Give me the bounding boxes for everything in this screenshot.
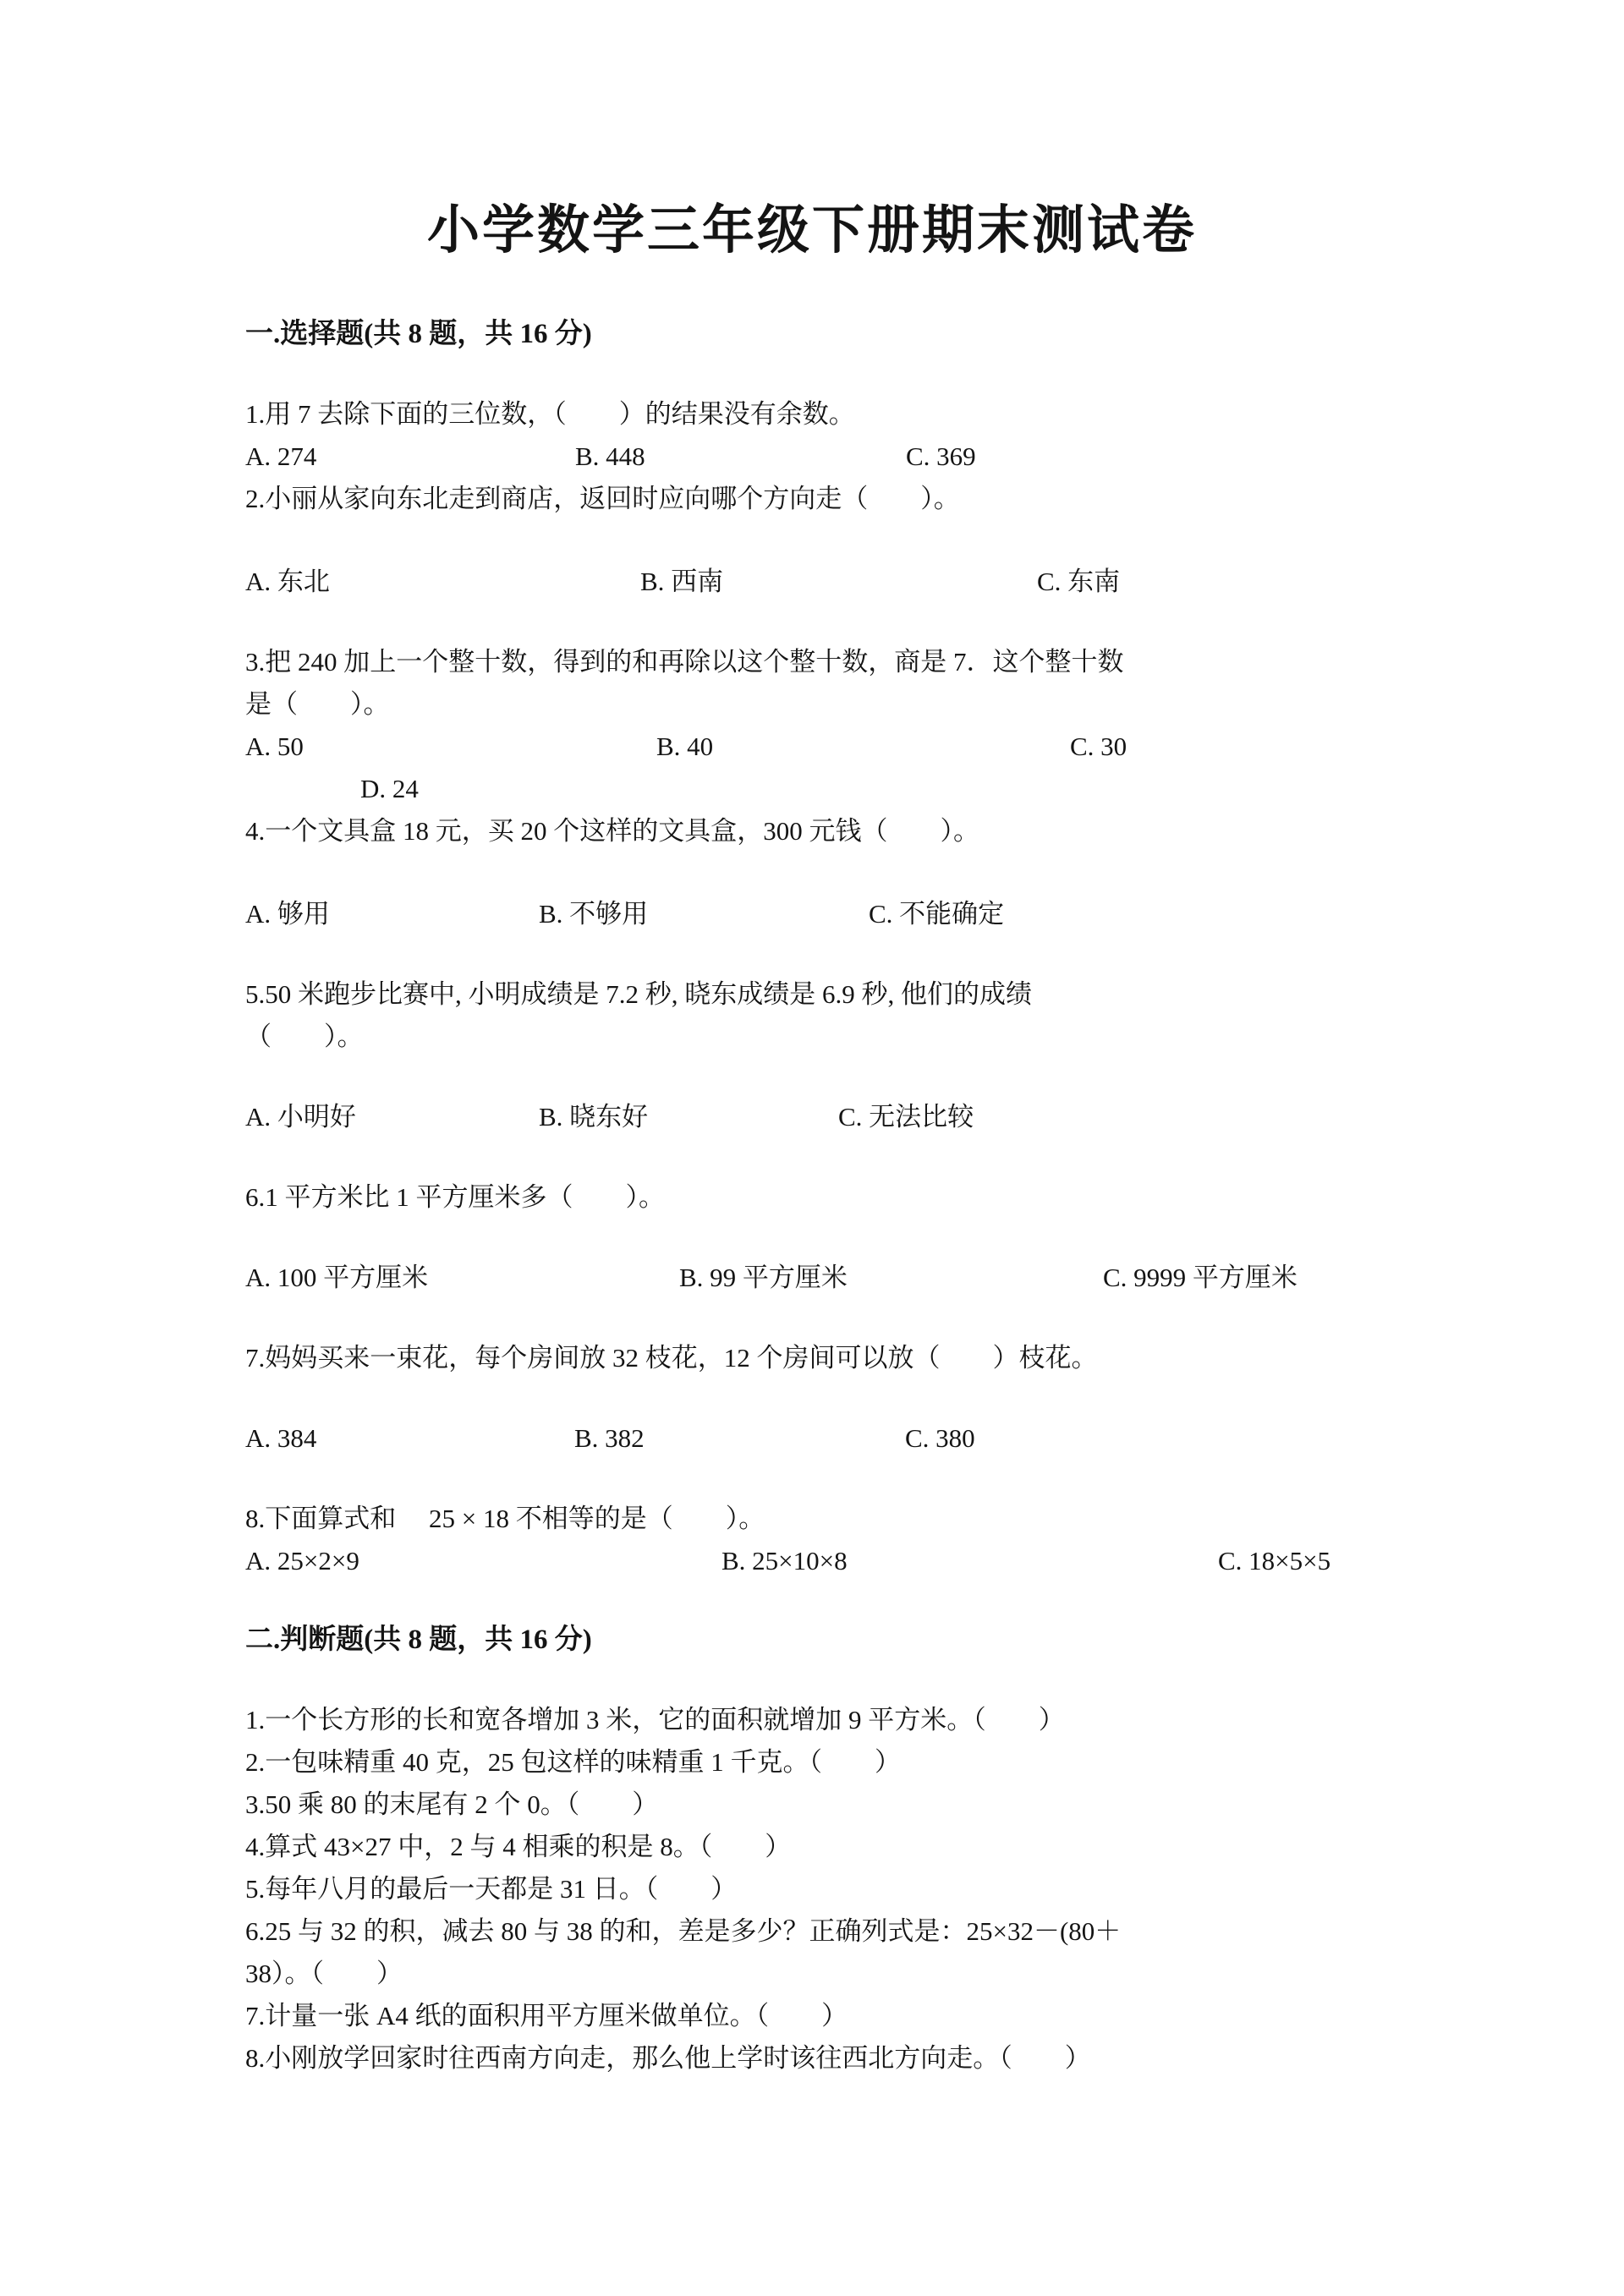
judgment-question-7: 7.计量一张 A4 纸的面积用平方厘米做单位。（ ）	[245, 1995, 1429, 2037]
option-c: C. 东南	[1037, 561, 1120, 603]
judgment-question-1: 1.一个长方形的长和宽各增加 3 米，它的面积就增加 9 平方米。（ ）	[245, 1699, 1429, 1741]
option-c: C. 不能确定	[869, 893, 1004, 935]
choice-question-1: 1.用 7 去除下面的三位数，（ ）的结果没有余数。 A. 274 B. 448…	[245, 393, 1429, 478]
choice-question-2: 2.小丽从家向东北走到商店，返回时应向哪个方向走（ ）。 A. 东北 B. 西南…	[245, 478, 1429, 603]
choice-question-8: 8.下面算式和 25 × 18 不相等的是（ ）。 A. 25×2×9 B. 2…	[245, 1498, 1429, 1582]
judgment-question-5: 5.每年八月的最后一天都是 31 日。（ ）	[245, 1868, 1429, 1910]
option-c: C. 无法比较	[838, 1096, 974, 1138]
options-row: A. 274 B. 448 C. 369	[245, 436, 1429, 478]
option-a: A. 100 平方厘米	[245, 1257, 428, 1299]
judgment-question-3: 3.50 乘 80 的末尾有 2 个 0。（ ）	[245, 1784, 1429, 1826]
option-b: B. 晓东好	[539, 1096, 648, 1138]
choice-question-6: 6.1 平方米比 1 平方厘米多（ ）。 A. 100 平方厘米 B. 99 平…	[245, 1176, 1429, 1299]
page-title: 小学数学三年级下册期末测试卷	[0, 0, 1624, 264]
section-judgment-heading: 二.判断题(共 8 题，共 16 分)	[245, 1619, 1429, 1661]
option-b: B. 西南	[640, 561, 723, 603]
option-b: B. 382	[574, 1417, 645, 1460]
judgment-question-8: 8.小刚放学回家时往西南方向走，那么他上学时该往西北方向走。（ ）	[245, 2037, 1429, 2080]
options-row: A. 25×2×9 B. 25×10×8 C. 18×5×5	[245, 1540, 1429, 1582]
option-a: A. 东北	[245, 561, 330, 603]
option-a: A. 274	[245, 436, 316, 478]
question-text: 7.妈妈买来一束花，每个房间放 32 枝花，12 个房间可以放（ ）枝花。	[245, 1337, 1429, 1379]
question-text: 6.1 平方米比 1 平方厘米多（ ）。	[245, 1176, 1429, 1219]
option-b: B. 40	[656, 726, 713, 768]
choice-question-5: 5.50 米跑步比赛中, 小明成绩是 7.2 秒, 晓东成绩是 6.9 秒, 他…	[245, 973, 1429, 1138]
option-a: A. 25×2×9	[245, 1540, 359, 1582]
judgment-questions: 1.一个长方形的长和宽各增加 3 米，它的面积就增加 9 平方米。（ ） 2.一…	[245, 1699, 1429, 2080]
option-a: A. 384	[245, 1417, 316, 1460]
options-row: A. 够用 B. 不够用 C. 不能确定	[245, 893, 1429, 935]
question-text-line-1: 3.把 240 加上一个整十数，得到的和再除以这个整十数，商是 7．这个整十数	[245, 641, 1429, 683]
option-c: C. 18×5×5	[1218, 1540, 1330, 1582]
choice-question-4: 4.一个文具盒 18 元，买 20 个这样的文具盒，300 元钱（ ）。 A. …	[245, 810, 1429, 935]
question-text-line-2: 是（ ）。	[245, 683, 1429, 726]
question-text: 2.小丽从家向东北走到商店，返回时应向哪个方向走（ ）。	[245, 478, 1429, 520]
option-b: B. 不够用	[539, 893, 648, 935]
judgment-question-6-line-2: 38）。（ ）	[245, 1953, 1429, 1995]
choice-question-7: 7.妈妈买来一束花，每个房间放 32 枝花，12 个房间可以放（ ）枝花。 A.…	[245, 1337, 1429, 1460]
question-text: 1.用 7 去除下面的三位数，（ ）的结果没有余数。	[245, 393, 1429, 436]
option-c: C. 380	[905, 1417, 975, 1460]
choice-question-3: 3.把 240 加上一个整十数，得到的和再除以这个整十数，商是 7．这个整十数 …	[245, 641, 1429, 810]
options-row-2: D. 24	[245, 768, 1429, 810]
option-b: B. 25×10×8	[721, 1540, 848, 1582]
option-a: A. 小明好	[245, 1096, 356, 1138]
options-row: A. 东北 B. 西南 C. 东南	[245, 561, 1429, 603]
options-row: A. 384 B. 382 C. 380	[245, 1417, 1429, 1460]
judgment-question-2: 2.一包味精重 40 克，25 包这样的味精重 1 千克。（ ）	[245, 1741, 1429, 1784]
question-text-line-2: （ ）。	[245, 1016, 1429, 1058]
option-c: C. 30	[1070, 726, 1127, 768]
document-body: 一.选择题(共 8 题，共 16 分) 1.用 7 去除下面的三位数，（ ）的结…	[245, 313, 1429, 2080]
section-choice-heading: 一.选择题(共 8 题，共 16 分)	[245, 313, 1429, 355]
question-text: 4.一个文具盒 18 元，买 20 个这样的文具盒，300 元钱（ ）。	[245, 810, 1429, 852]
option-a: A. 够用	[245, 893, 330, 935]
options-row: A. 小明好 B. 晓东好 C. 无法比较	[245, 1096, 1429, 1138]
question-text-line-1: 5.50 米跑步比赛中, 小明成绩是 7.2 秒, 晓东成绩是 6.9 秒, 他…	[245, 973, 1429, 1016]
option-d: D. 24	[360, 768, 419, 810]
judgment-question-6-line-1: 6.25 与 32 的积，减去 80 与 38 的和，差是多少？正确列式是：25…	[245, 1910, 1429, 1953]
options-row: A. 50 B. 40 C. 30	[245, 726, 1429, 768]
option-b: B. 448	[575, 436, 645, 478]
option-b: B. 99 平方厘米	[679, 1257, 848, 1299]
options-row: A. 100 平方厘米 B. 99 平方厘米 C. 9999 平方厘米	[245, 1257, 1429, 1299]
option-c: C. 9999 平方厘米	[1103, 1257, 1298, 1299]
option-a: A. 50	[245, 726, 304, 768]
document-page: 小学数学三年级下册期末测试卷 一.选择题(共 8 题，共 16 分) 1.用 7…	[0, 0, 1624, 2296]
question-text: 8.下面算式和 25 × 18 不相等的是（ ）。	[245, 1498, 1429, 1540]
judgment-question-4: 4.算式 43×27 中，2 与 4 相乘的积是 8。（ ）	[245, 1826, 1429, 1868]
option-c: C. 369	[906, 436, 976, 478]
